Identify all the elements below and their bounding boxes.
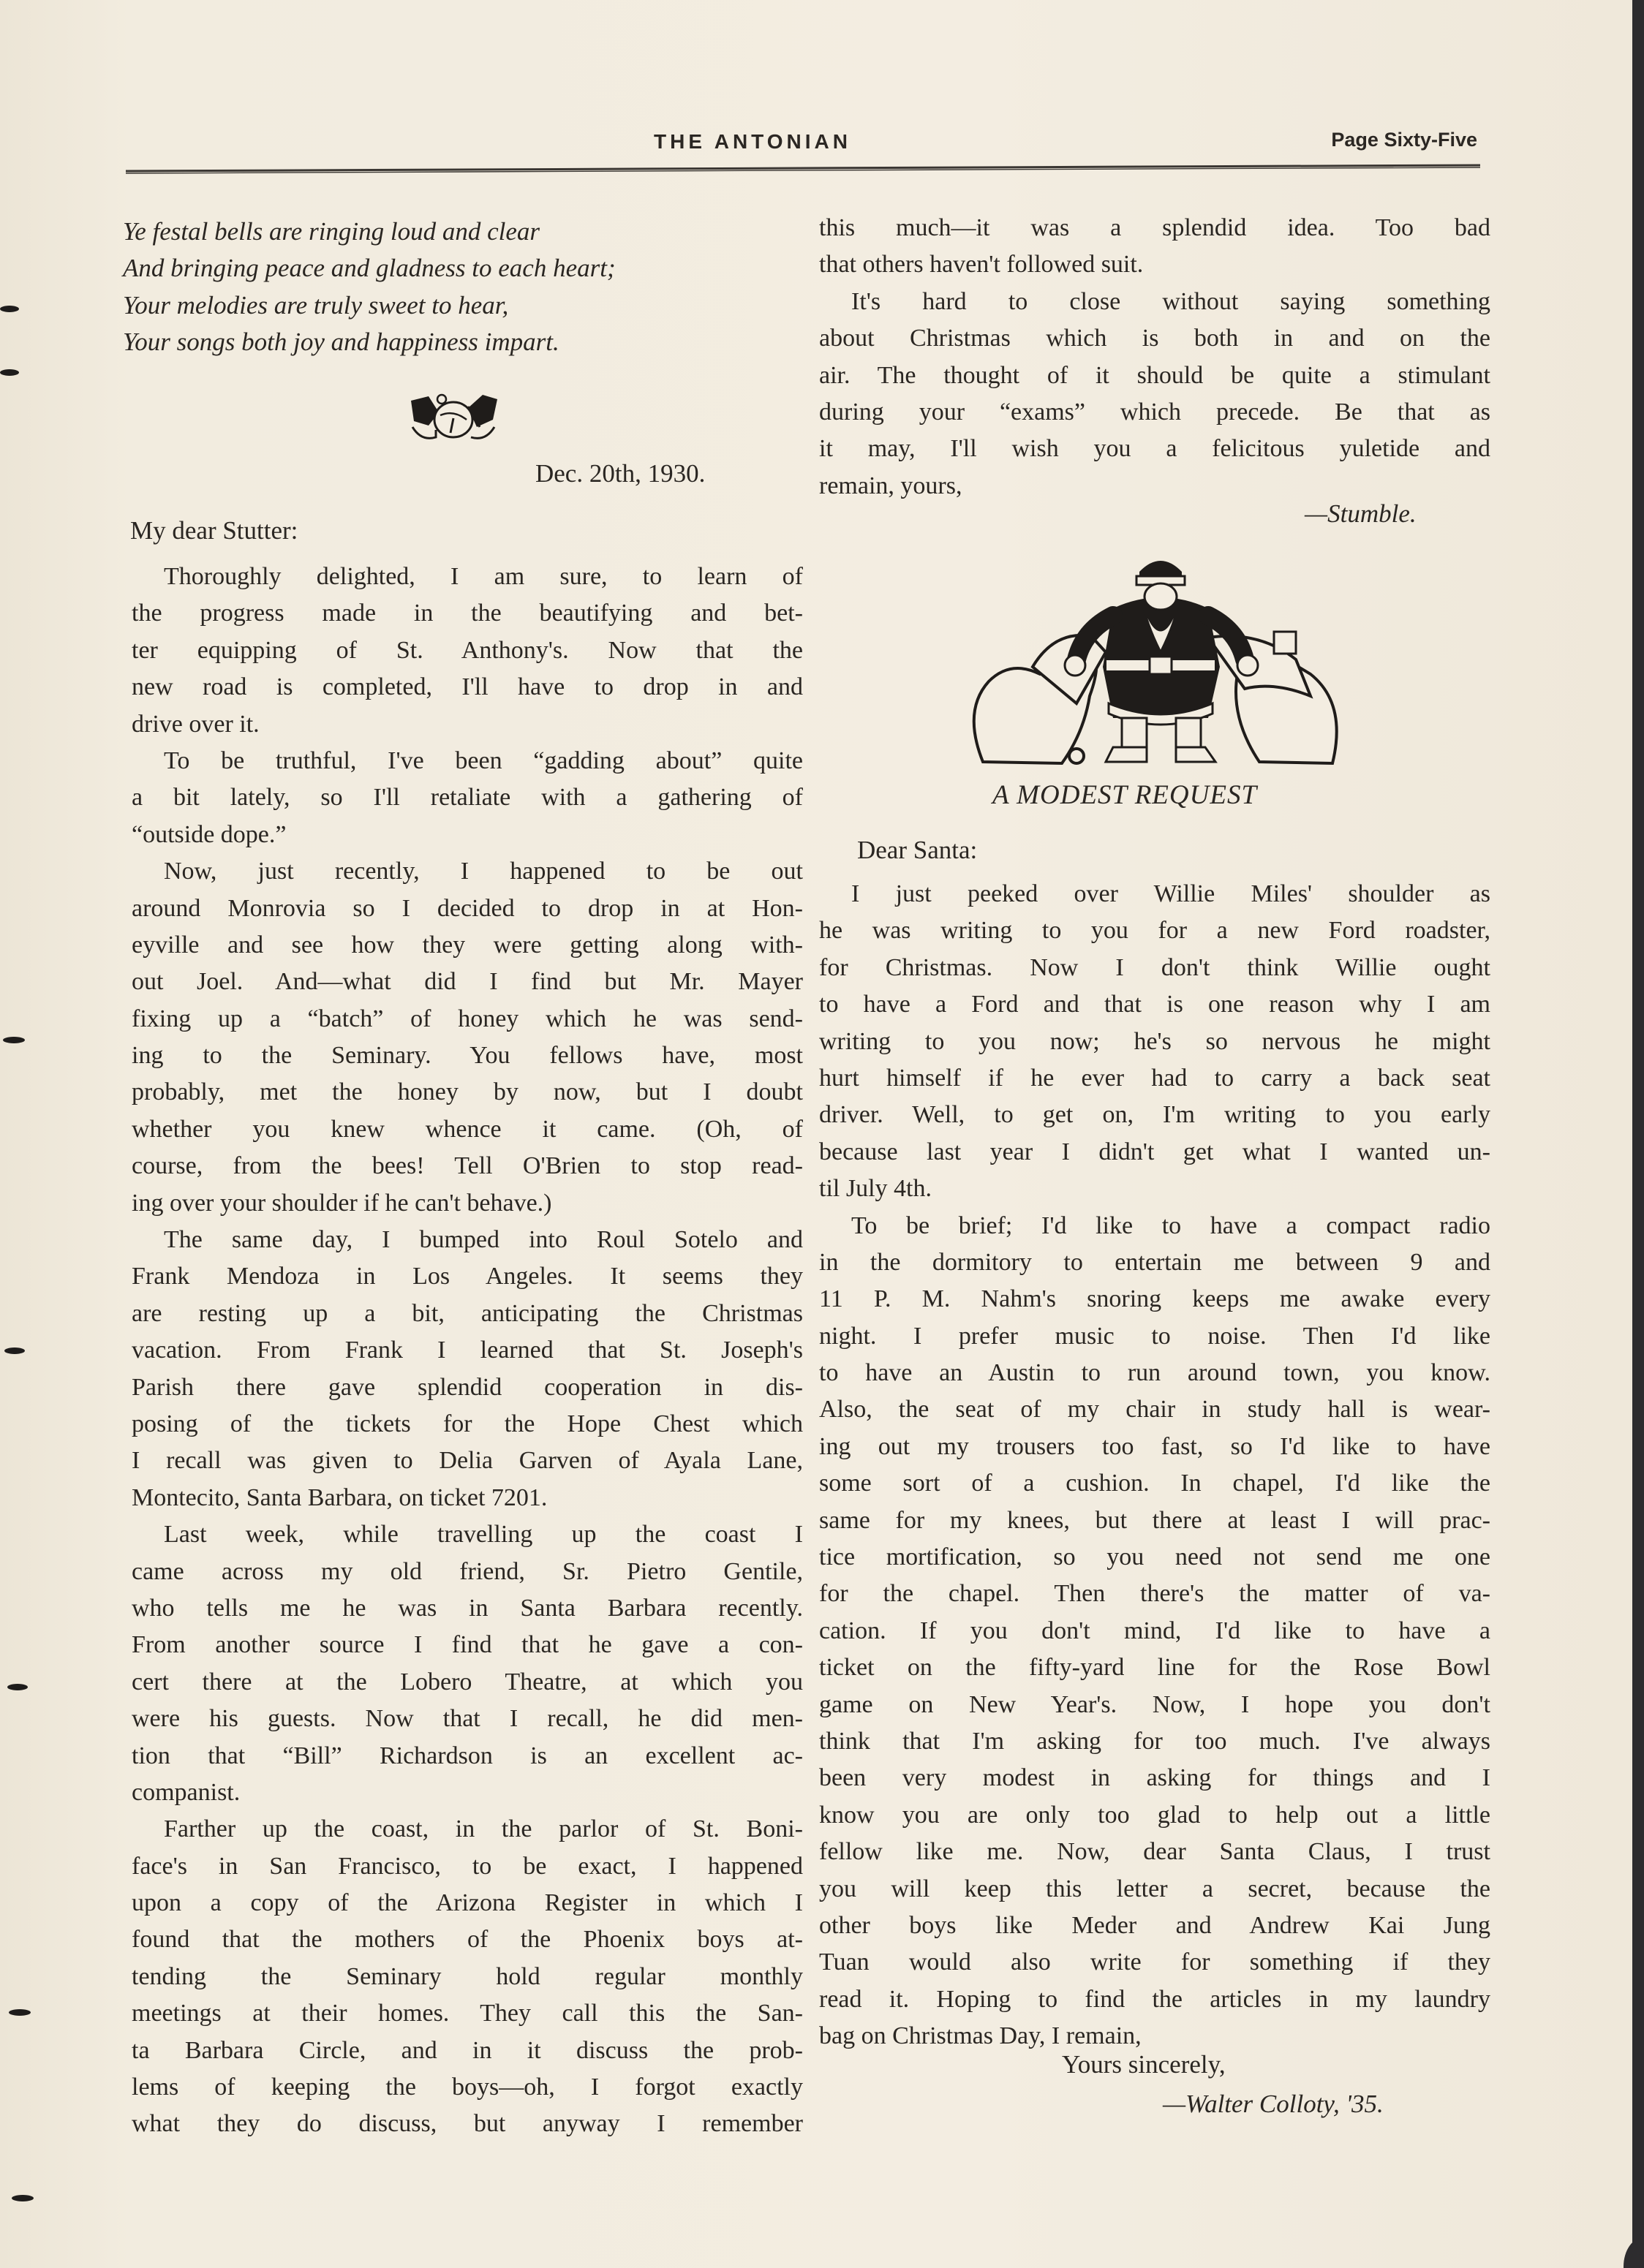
- text-line: Now, just recently, I happened to be out: [132, 853, 803, 890]
- punch-hole: [0, 306, 19, 312]
- article-closing: Yours sincerely,: [1062, 2050, 1226, 2079]
- text-line: the progress made in the beautifying and…: [132, 595, 803, 632]
- text-line: who tells me he was in Santa Barbara rec…: [132, 1590, 803, 1627]
- text-line: til July 4th.: [819, 1171, 1490, 1207]
- poem-line: Ye festal bells are ringing loud and cle…: [123, 213, 766, 250]
- text-line: ta Barbara Circle, and in it discuss the…: [132, 2033, 803, 2069]
- text-line: ter equipping of St. Anthony's. Now that…: [132, 632, 803, 669]
- poem-line: Your songs both joy and happiness impart…: [123, 324, 766, 360]
- text-line: bag on Christmas Day, I remain,: [819, 2018, 1490, 2055]
- text-line: ing over your shoulder if he can't behav…: [132, 1185, 803, 1222]
- text-line: tending the Seminary hold regular monthl…: [132, 1959, 803, 1995]
- text-line: found that the mothers of the Phoenix bo…: [132, 1921, 803, 1958]
- text-line: lems of keeping the boys—oh, I forgot ex…: [132, 2069, 803, 2106]
- text-line: From another source I find that he gave …: [132, 1627, 803, 1663]
- text-line: ing to the Seminary. You fellows have, m…: [132, 1037, 803, 1074]
- text-line: Tuan would also write for something if t…: [819, 1944, 1490, 1981]
- text-line: upon a copy of the Arizona Register in w…: [132, 1885, 803, 1921]
- text-line: ing out my trousers too fast, so I'd lik…: [819, 1429, 1490, 1465]
- text-line: other boys like Meder and Andrew Kai Jun…: [819, 1908, 1490, 1944]
- text-line: The same day, I bumped into Roul Sotelo …: [132, 1222, 803, 1258]
- text-line: fellow like me. Now, dear Santa Claus, I…: [819, 1834, 1490, 1870]
- text-line: a bit lately, so I'll retaliate with a g…: [132, 779, 803, 816]
- text-line: it may, I'll wish you a felicitous yulet…: [819, 431, 1490, 467]
- text-line: think that I'm asking for too much. I've…: [819, 1723, 1490, 1760]
- text-line: driver. Well, to get on, I'm writing to …: [819, 1097, 1490, 1133]
- text-line: “outside dope.”: [132, 817, 803, 853]
- header-rule: [126, 161, 1480, 174]
- letter-salutation: My dear Stutter:: [130, 516, 298, 545]
- article-salutation: Dear Santa:: [857, 836, 977, 865]
- text-line: eyville and see how they were getting al…: [132, 927, 803, 964]
- text-line: cation. If you don't mind, I'd like to h…: [819, 1613, 1490, 1649]
- text-line: during your “exams” which precede. Be th…: [819, 394, 1490, 431]
- text-line: Parish there gave splendid cooperation i…: [132, 1369, 803, 1406]
- letter-signature: —Stumble.: [1305, 499, 1417, 529]
- text-line: course, from the bees! Tell O'Brien to s…: [132, 1148, 803, 1184]
- text-line: writing to you now; he's so nervous he m…: [819, 1024, 1490, 1060]
- text-line: to have an Austin to run around town, yo…: [819, 1355, 1490, 1391]
- text-line: night. I prefer music to noise. Then I'd…: [819, 1318, 1490, 1355]
- text-line: companist.: [132, 1774, 803, 1811]
- text-line: whether you knew whence it came. (Oh, of: [132, 1111, 803, 1148]
- text-line: you will keep this letter a secret, beca…: [819, 1871, 1490, 1908]
- text-line: know you are only too glad to help out a…: [819, 1797, 1490, 1834]
- text-line: vacation. From Frank I learned that St. …: [132, 1332, 803, 1369]
- text-line: about Christmas which is both in and on …: [819, 320, 1490, 357]
- text-line: I recall was given to Delia Garven of Ay…: [132, 1443, 803, 1479]
- text-line: this much—it was a splendid idea. Too ba…: [819, 210, 1490, 246]
- text-line: probably, met the honey by now, but I do…: [132, 1074, 803, 1111]
- text-line: To be truthful, I've been “gadding about…: [132, 743, 803, 779]
- text-line: cert there at the Lobero Theatre, at whi…: [132, 1664, 803, 1701]
- text-line: 11 P. M. Nahm's snoring keeps me awake e…: [819, 1281, 1490, 1318]
- text-line: Last week, while travelling up the coast…: [132, 1516, 803, 1553]
- text-line: To be brief; I'd like to have a compact …: [819, 1208, 1490, 1244]
- letter-date: Dec. 20th, 1930.: [535, 459, 705, 488]
- text-line: around Monrovia so I decided to drop in …: [132, 891, 803, 927]
- text-line: for the chapel. Then there's the matter …: [819, 1576, 1490, 1612]
- poem-line: Your melodies are truly sweet to hear,: [123, 287, 766, 324]
- punch-hole: [0, 369, 19, 376]
- punch-hole: [9, 2009, 31, 2016]
- text-line: read it. Hoping to find the articles in …: [819, 1981, 1490, 2018]
- text-line: new road is completed, I'll have to drop…: [132, 669, 803, 706]
- article-headline: A MODEST REQUEST: [992, 779, 1257, 811]
- holly-bell-ornament-icon: [407, 390, 500, 443]
- text-line: meetings at their homes. They call this …: [132, 1995, 803, 2032]
- text-line: Montecito, Santa Barbara, on ticket 7201…: [132, 1480, 803, 1516]
- text-line: tice mortification, so you need not send…: [819, 1539, 1490, 1576]
- text-line: out Joel. And—what did I find but Mr. Ma…: [132, 964, 803, 1000]
- text-line: tion that “Bill” Richardson is an excell…: [132, 1738, 803, 1774]
- punch-hole: [7, 1684, 28, 1690]
- journal-title: THE ANTONIAN: [654, 130, 851, 154]
- page-number: Page Sixty-Five: [1331, 129, 1477, 151]
- text-line: posing of the tickets for the Hope Chest…: [132, 1406, 803, 1443]
- text-line: that others haven't followed suit.: [819, 246, 1490, 283]
- article-body: I just peeked over Willie Miles' shoulde…: [819, 876, 1490, 2055]
- text-line: drive over it.: [132, 706, 803, 743]
- text-line: were his guests. Now that I recall, he d…: [132, 1701, 803, 1737]
- punch-hole: [4, 1347, 25, 1354]
- text-line: what they do discuss, but anyway I remem…: [132, 2106, 803, 2142]
- poem-line: And bringing peace and gladness to each …: [123, 250, 766, 287]
- text-line: he was writing to you for a new Ford roa…: [819, 912, 1490, 949]
- text-line: face's in San Francisco, to be exact, I …: [132, 1848, 803, 1885]
- text-line: same for my knees, but there at least I …: [819, 1502, 1490, 1539]
- letter-body-left-column: Thoroughly delighted, I am sure, to lear…: [132, 559, 803, 2143]
- text-line: Farther up the coast, in the parlor of S…: [132, 1811, 803, 1848]
- text-line: are resting up a bit, anticipating the C…: [132, 1296, 803, 1332]
- text-line: air. The thought of it should be quite a…: [819, 358, 1490, 394]
- text-line: game on New Year's. Now, I hope you don'…: [819, 1687, 1490, 1723]
- text-line: in the dormitory to entertain me between…: [819, 1244, 1490, 1281]
- text-line: I just peeked over Willie Miles' shoulde…: [819, 876, 1490, 912]
- letter-body-continued: this much—it was a splendid idea. Too ba…: [819, 210, 1490, 504]
- text-line: for Christmas. Now I don't think Willie …: [819, 950, 1490, 986]
- text-line: It's hard to close without saying someth…: [819, 284, 1490, 320]
- running-header: THE ANTONIAN Page Sixty-Five: [126, 127, 1480, 156]
- text-line: Also, the seat of my chair in study hall…: [819, 1391, 1490, 1428]
- punch-hole: [12, 2195, 34, 2201]
- article-signature: —Walter Colloty, '35.: [1163, 2090, 1384, 2119]
- binding-edge: [1632, 0, 1644, 2268]
- text-line: been very modest in asking for things an…: [819, 1760, 1490, 1796]
- text-line: fixing up a “batch” of honey which he wa…: [132, 1001, 803, 1037]
- santa-claus-with-sacks-icon: [967, 550, 1354, 769]
- text-line: Frank Mendoza in Los Angeles. It seems t…: [132, 1258, 803, 1295]
- text-line: ticket on the fifty-yard line for the Ro…: [819, 1649, 1490, 1686]
- punch-hole: [3, 1037, 25, 1043]
- text-line: to have a Ford and that is one reason wh…: [819, 986, 1490, 1023]
- text-line: hurt himself if he ever had to carry a b…: [819, 1060, 1490, 1097]
- text-line: came across my old friend, Sr. Pietro Ge…: [132, 1554, 803, 1590]
- text-line: some sort of a cushion. In chapel, I'd l…: [819, 1465, 1490, 1502]
- poem-stanza: Ye festal bells are ringing loud and cle…: [123, 213, 766, 361]
- text-line: Thoroughly delighted, I am sure, to lear…: [132, 559, 803, 595]
- text-line: because last year I didn't get what I wa…: [819, 1134, 1490, 1171]
